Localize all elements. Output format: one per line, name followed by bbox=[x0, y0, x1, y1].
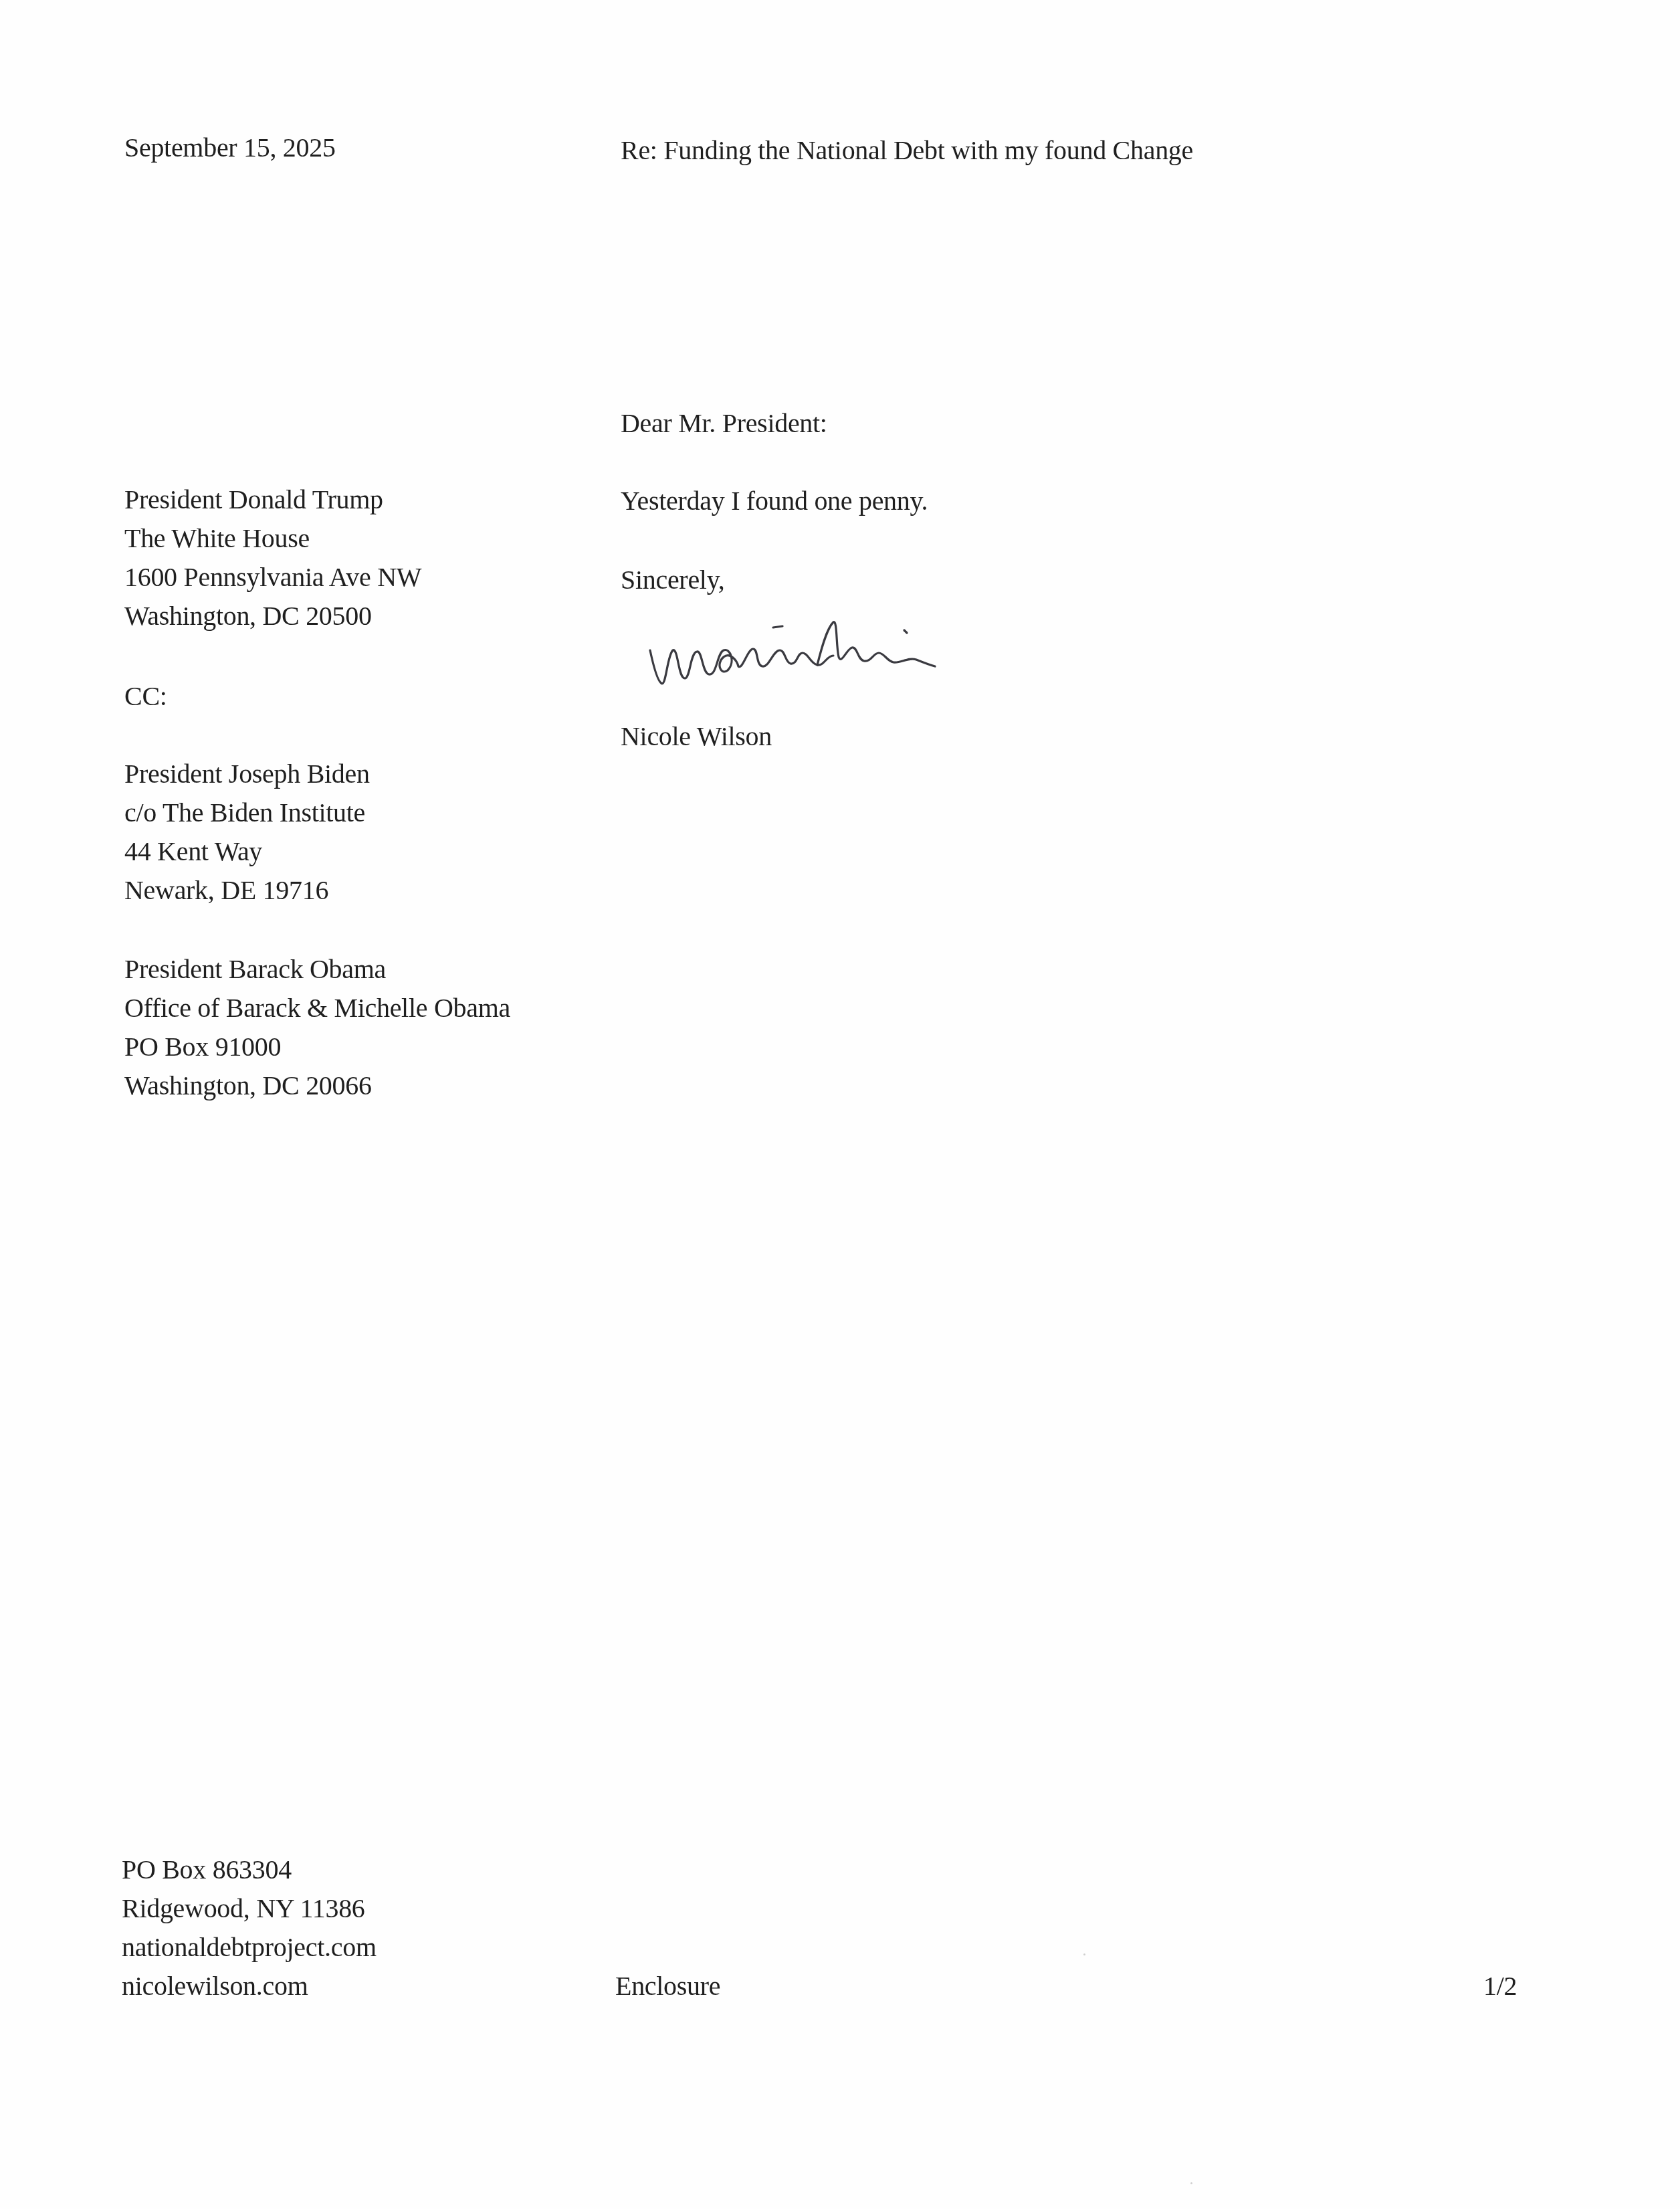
sender-address: PO Box 863304 Ridgewood, NY 11386 nation… bbox=[122, 1850, 377, 2006]
sender-line: PO Box 863304 bbox=[122, 1850, 377, 1889]
sender-line: nicolewilson.com bbox=[122, 1967, 377, 2006]
letter-page: September 15, 2025 Re: Funding the Natio… bbox=[0, 0, 1680, 2209]
recipient-address: President Donald Trump The White House 1… bbox=[124, 480, 421, 636]
scan-speck bbox=[1083, 1953, 1085, 1955]
handwritten-signature-icon bbox=[642, 609, 963, 702]
scan-speck bbox=[1190, 2182, 1192, 2184]
recipient-line: The White House bbox=[124, 519, 421, 558]
letter-body: Yesterday I found one penny. bbox=[621, 482, 928, 520]
recipient-line: 1600 Pennsylvania Ave NW bbox=[124, 558, 421, 597]
sender-line: nationaldebtproject.com bbox=[122, 1928, 377, 1967]
cc-recipient-address: President Barack Obama Office of Barack … bbox=[124, 950, 510, 1105]
recipient-line: Washington, DC 20500 bbox=[124, 597, 421, 636]
recipient-line: President Donald Trump bbox=[124, 480, 421, 519]
letter-date: September 15, 2025 bbox=[124, 128, 336, 167]
cc-recipient-line: President Joseph Biden bbox=[124, 755, 370, 793]
salutation: Dear Mr. President: bbox=[621, 404, 827, 443]
cc-recipient-line: c/o The Biden Institute bbox=[124, 793, 370, 832]
cc-recipient-line: 44 Kent Way bbox=[124, 832, 370, 871]
cc-recipient-line: PO Box 91000 bbox=[124, 1028, 510, 1066]
cc-recipient-line: Newark, DE 19716 bbox=[124, 871, 370, 910]
closing: Sincerely, bbox=[621, 561, 724, 599]
enclosure-note: Enclosure bbox=[615, 1967, 720, 2006]
letter-subject: Re: Funding the National Debt with my fo… bbox=[621, 131, 1193, 170]
signer-name: Nicole Wilson bbox=[621, 717, 772, 756]
cc-recipient-line: Office of Barack & Michelle Obama bbox=[124, 989, 510, 1028]
cc-recipient-address: President Joseph Biden c/o The Biden Ins… bbox=[124, 755, 370, 910]
cc-recipient-line: Washington, DC 20066 bbox=[124, 1066, 510, 1105]
sender-line: Ridgewood, NY 11386 bbox=[122, 1889, 377, 1928]
cc-label: CC: bbox=[124, 677, 167, 716]
page-number: 1/2 bbox=[1483, 1967, 1517, 2006]
cc-recipient-line: President Barack Obama bbox=[124, 950, 510, 989]
